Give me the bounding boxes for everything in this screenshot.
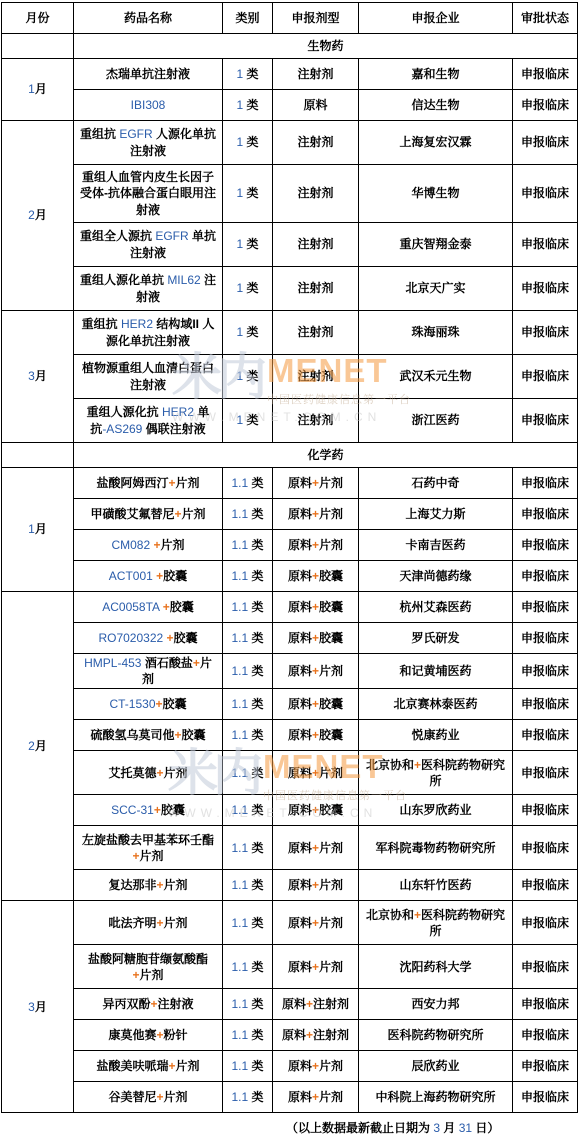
company-cell: 华博生物 [359,165,513,223]
section-row: 化学药 [2,443,578,468]
company-cell: 珠海丽珠 [359,311,513,355]
form-cell: 注射剂 [273,121,359,165]
table-row: 植物源重组人血清白蛋白注射液 1 类 注射剂 武汉禾元生物 申报临床 [2,355,578,399]
name-cell: ACT001 +胶囊 [74,561,223,592]
form-cell: 注射剂 [273,267,359,311]
company-cell: 上海艾力斯 [359,499,513,530]
form-cell: 原料+片剂 [273,826,359,870]
table-row: 硫酸氢乌莫司他+胶囊 1.1 类 原料+胶囊 悦康药业 申报临床 [2,720,578,751]
status-cell: 申报临床 [513,689,578,720]
status-cell: 申报临床 [513,1020,578,1051]
cat-cell: 1 类 [223,165,273,223]
status-cell: 申报临床 [513,59,578,90]
cat-cell: 1 类 [223,267,273,311]
status-cell: 申报临床 [513,121,578,165]
name-cell: 重组全人源抗 EGFR 单抗注射液 [74,223,223,267]
table-row: ACT001 +胶囊 1.1 类 原料+胶囊 天津尚德药缘 申报临床 [2,561,578,592]
company-cell: 北京赛林泰医药 [359,689,513,720]
company-cell: 信达生物 [359,90,513,121]
status-cell: 申报临床 [513,826,578,870]
name-cell: 重组人血管内皮生长因子受体-抗体融合蛋白眼用注射液 [74,165,223,223]
table-row: 重组人血管内皮生长因子受体-抗体融合蛋白眼用注射液 1 类 注射剂 华博生物 申… [2,165,578,223]
status-cell: 申报临床 [513,468,578,499]
col-header-company: 申报企业 [359,3,513,34]
company-cell: 和记黄埔医药 [359,654,513,689]
form-cell: 注射剂 [273,311,359,355]
cat-cell: 1.1 类 [223,901,273,945]
name-cell: 杰瑞单抗注射液 [74,59,223,90]
form-cell: 原料+片剂 [273,530,359,561]
cat-cell: 1.1 类 [223,989,273,1020]
form-cell: 原料+片剂 [273,751,359,795]
table-row: 康莫他赛+粉针 1.1 类 原料+注射剂 医科院药物研究所 申报临床 [2,1020,578,1051]
status-cell: 申报临床 [513,311,578,355]
table-row: 3月 吡法齐明+片剂 1.1 类 原料+片剂 北京协和+医科院药物研究所 申报临… [2,901,578,945]
name-cell: 重组人源化抗 HER2 单抗-AS269 偶联注射液 [74,399,223,443]
cat-cell: 1.1 类 [223,623,273,654]
company-cell: 天津尚德药缘 [359,561,513,592]
status-cell: 申报临床 [513,945,578,989]
table-row: RO7020322 +胶囊 1.1 类 原料+胶囊 罗氏研发 申报临床 [2,623,578,654]
company-cell: 西安力邦 [359,989,513,1020]
name-cell: SCC-31+胶囊 [74,795,223,826]
status-cell: 申报临床 [513,561,578,592]
cat-cell: 1.1 类 [223,592,273,623]
table-row: 重组全人源抗 EGFR 单抗注射液 1 类 注射剂 重庆智翔金泰 申报临床 [2,223,578,267]
table-row: 1月 盐酸阿姆西汀+片剂 1.1 类 原料+片剂 石药中奇 申报临床 [2,468,578,499]
cat-cell: 1.1 类 [223,870,273,901]
status-cell: 申报临床 [513,751,578,795]
section-title: 化学药 [74,443,578,468]
table-row: 盐酸阿糖胞苷缬氨酸酯+片剂 1.1 类 原料+片剂 沈阳药科大学 申报临床 [2,945,578,989]
table-row: 复达那非+片剂 1.1 类 原料+片剂 山东轩竹医药 申报临床 [2,870,578,901]
month-cell: 2月 [2,121,74,311]
status-cell: 申报临床 [513,901,578,945]
form-cell: 原料+胶囊 [273,623,359,654]
table-row: 左旋盐酸去甲基苯环壬酯+片剂 1.1 类 原料+片剂 军科院毒物药物研究所 申报… [2,826,578,870]
name-cell: 甲磺酸艾氟替尼+片剂 [74,499,223,530]
status-cell: 申报临床 [513,1082,578,1113]
status-cell: 申报临床 [513,989,578,1020]
cat-cell: 1.1 类 [223,530,273,561]
company-cell: 罗氏研发 [359,623,513,654]
company-cell: 嘉和生物 [359,59,513,90]
table-row: 1月 杰瑞单抗注射液 1 类 注射剂 嘉和生物 申报临床 [2,59,578,90]
company-cell: 上海复宏汉霖 [359,121,513,165]
company-cell: 辰欣药业 [359,1051,513,1082]
company-cell: 医科院药物研究所 [359,1020,513,1051]
form-cell: 原料+胶囊 [273,689,359,720]
table-row: CM082 +片剂 1.1 类 原料+片剂 卡南吉医药 申报临床 [2,530,578,561]
company-cell: 悦康药业 [359,720,513,751]
table-row: SCC-31+胶囊 1.1 类 原料+胶囊 山东罗欣药业 申报临床 [2,795,578,826]
table-row: 盐酸美呋哌瑞+片剂 1.1 类 原料+片剂 辰欣药业 申报临床 [2,1051,578,1082]
name-cell: 谷美替尼+片剂 [74,1082,223,1113]
name-cell: 硫酸氢乌莫司他+胶囊 [74,720,223,751]
data-cutoff-note: （以上数据最新截止日期为 3 月 31 日） [286,1119,580,1136]
form-cell: 原料+注射剂 [273,989,359,1020]
name-cell: 艾托莫德+片剂 [74,751,223,795]
table-row: CT-1530+胶囊 1.1 类 原料+胶囊 北京赛林泰医药 申报临床 [2,689,578,720]
name-cell: 重组抗 HER2 结构域II 人源化单抗注射液 [74,311,223,355]
form-cell: 原料+片剂 [273,1051,359,1082]
status-cell: 申报临床 [513,399,578,443]
col-header-dosage-form: 申报剂型 [273,3,359,34]
form-cell: 原料+片剂 [273,870,359,901]
form-cell: 原料+注射剂 [273,1020,359,1051]
table-row: 重组人源化单抗 MIL62 注射液 1 类 注射剂 北京天广实 申报临床 [2,267,578,311]
name-cell: 康莫他赛+粉针 [74,1020,223,1051]
section-title: 生物药 [74,34,578,59]
cat-cell: 1.1 类 [223,795,273,826]
company-cell: 沈阳药科大学 [359,945,513,989]
form-cell: 注射剂 [273,223,359,267]
cat-cell: 1.1 类 [223,1051,273,1082]
form-cell: 原料+片剂 [273,654,359,689]
month-cell: 2月 [2,592,74,901]
company-cell: 山东轩竹医药 [359,870,513,901]
col-header-status: 审批状态 [513,3,578,34]
month-cell: 3月 [2,311,74,443]
company-cell: 北京协和+医科院药物研究所 [359,901,513,945]
name-cell: HMPL-453 酒石酸盐+片剂 [74,654,223,689]
month-cell [2,443,74,468]
cat-cell: 1 类 [223,355,273,399]
form-cell: 原料+胶囊 [273,720,359,751]
name-cell: 盐酸阿姆西汀+片剂 [74,468,223,499]
form-cell: 注射剂 [273,399,359,443]
company-cell: 重庆智翔金泰 [359,223,513,267]
cat-cell: 1 类 [223,399,273,443]
company-cell: 杭州艾森医药 [359,592,513,623]
name-cell: 吡法齐明+片剂 [74,901,223,945]
name-cell: 重组抗 EGFR 人源化单抗注射液 [74,121,223,165]
page: 月份 药品名称 类别 申报剂型 申报企业 审批状态 生物药 1月 杰瑞单抗注射液… [0,0,580,1143]
cat-cell: 1.1 类 [223,945,273,989]
month-cell: 3月 [2,901,74,1113]
company-cell: 北京天广实 [359,267,513,311]
form-cell: 原料 [273,90,359,121]
status-cell: 申报临床 [513,870,578,901]
form-cell: 原料+片剂 [273,945,359,989]
table-row: HMPL-453 酒石酸盐+片剂 1.1 类 原料+片剂 和记黄埔医药 申报临床 [2,654,578,689]
form-cell: 原料+片剂 [273,468,359,499]
col-header-drug-name: 药品名称 [74,3,223,34]
table-row: 异丙双酚+注射液 1.1 类 原料+注射剂 西安力邦 申报临床 [2,989,578,1020]
company-cell: 北京协和+医科院药物研究所 [359,751,513,795]
cat-cell: 1.1 类 [223,561,273,592]
company-cell: 石药中奇 [359,468,513,499]
cat-cell: 1 类 [223,59,273,90]
month-cell: 1月 [2,59,74,121]
company-cell: 浙江医药 [359,399,513,443]
cat-cell: 1.1 类 [223,720,273,751]
status-cell: 申报临床 [513,165,578,223]
cat-cell: 1 类 [223,90,273,121]
status-cell: 申报临床 [513,267,578,311]
table-row: 3月 重组抗 HER2 结构域II 人源化单抗注射液 1 类 注射剂 珠海丽珠 … [2,311,578,355]
month-cell: 1月 [2,468,74,592]
status-cell: 申报临床 [513,720,578,751]
cat-cell: 1.1 类 [223,654,273,689]
name-cell: 异丙双酚+注射液 [74,989,223,1020]
status-cell: 申报临床 [513,654,578,689]
form-cell: 原料+片剂 [273,1082,359,1113]
name-cell: 盐酸阿糖胞苷缬氨酸酯+片剂 [74,945,223,989]
company-cell: 军科院毒物药物研究所 [359,826,513,870]
cat-cell: 1 类 [223,311,273,355]
cat-cell: 1.1 类 [223,826,273,870]
status-cell: 申报临床 [513,795,578,826]
header-row: 月份 药品名称 类别 申报剂型 申报企业 审批状态 [2,3,578,34]
form-cell: 注射剂 [273,355,359,399]
form-cell: 原料+胶囊 [273,561,359,592]
form-cell: 原料+胶囊 [273,795,359,826]
company-cell: 武汉禾元生物 [359,355,513,399]
name-cell: CT-1530+胶囊 [74,689,223,720]
name-cell: 重组人源化单抗 MIL62 注射液 [74,267,223,311]
name-cell: 植物源重组人血清白蛋白注射液 [74,355,223,399]
table-row: 谷美替尼+片剂 1.1 类 原料+片剂 中科院上海药物研究所 申报临床 [2,1082,578,1113]
table-row: 2月 AC0058TA +胶囊 1.1 类 原料+胶囊 杭州艾森医药 申报临床 [2,592,578,623]
table-row: 2月 重组抗 EGFR 人源化单抗注射液 1 类 注射剂 上海复宏汉霖 申报临床 [2,121,578,165]
table-row: IBI308 1 类 原料 信达生物 申报临床 [2,90,578,121]
table-row: 艾托莫德+片剂 1.1 类 原料+片剂 北京协和+医科院药物研究所 申报临床 [2,751,578,795]
form-cell: 原料+片剂 [273,901,359,945]
status-cell: 申报临床 [513,623,578,654]
cat-cell: 1.1 类 [223,751,273,795]
status-cell: 申报临床 [513,530,578,561]
cat-cell: 1.1 类 [223,1082,273,1113]
month-cell [2,34,74,59]
name-cell: 左旋盐酸去甲基苯环壬酯+片剂 [74,826,223,870]
section-row: 生物药 [2,34,578,59]
table-row: 重组人源化抗 HER2 单抗-AS269 偶联注射液 1 类 注射剂 浙江医药 … [2,399,578,443]
col-header-month: 月份 [2,3,74,34]
name-cell: CM082 +片剂 [74,530,223,561]
cat-cell: 1 类 [223,121,273,165]
name-cell: 复达那非+片剂 [74,870,223,901]
form-cell: 原料+胶囊 [273,592,359,623]
cat-cell: 1.1 类 [223,499,273,530]
name-cell: IBI308 [74,90,223,121]
status-cell: 申报临床 [513,90,578,121]
drug-approval-table: 月份 药品名称 类别 申报剂型 申报企业 审批状态 生物药 1月 杰瑞单抗注射液… [1,2,578,1113]
cat-cell: 1 类 [223,223,273,267]
col-header-category: 类别 [223,3,273,34]
company-cell: 卡南吉医药 [359,530,513,561]
cat-cell: 1.1 类 [223,1020,273,1051]
name-cell: AC0058TA +胶囊 [74,592,223,623]
form-cell: 注射剂 [273,59,359,90]
table-row: 甲磺酸艾氟替尼+片剂 1.1 类 原料+片剂 上海艾力斯 申报临床 [2,499,578,530]
status-cell: 申报临床 [513,592,578,623]
status-cell: 申报临床 [513,499,578,530]
status-cell: 申报临床 [513,1051,578,1082]
form-cell: 注射剂 [273,165,359,223]
name-cell: 盐酸美呋哌瑞+片剂 [74,1051,223,1082]
cat-cell: 1.1 类 [223,468,273,499]
status-cell: 申报临床 [513,355,578,399]
cat-cell: 1.1 类 [223,689,273,720]
name-cell: RO7020322 +胶囊 [74,623,223,654]
form-cell: 原料+片剂 [273,499,359,530]
status-cell: 申报临床 [513,223,578,267]
company-cell: 山东罗欣药业 [359,795,513,826]
company-cell: 中科院上海药物研究所 [359,1082,513,1113]
